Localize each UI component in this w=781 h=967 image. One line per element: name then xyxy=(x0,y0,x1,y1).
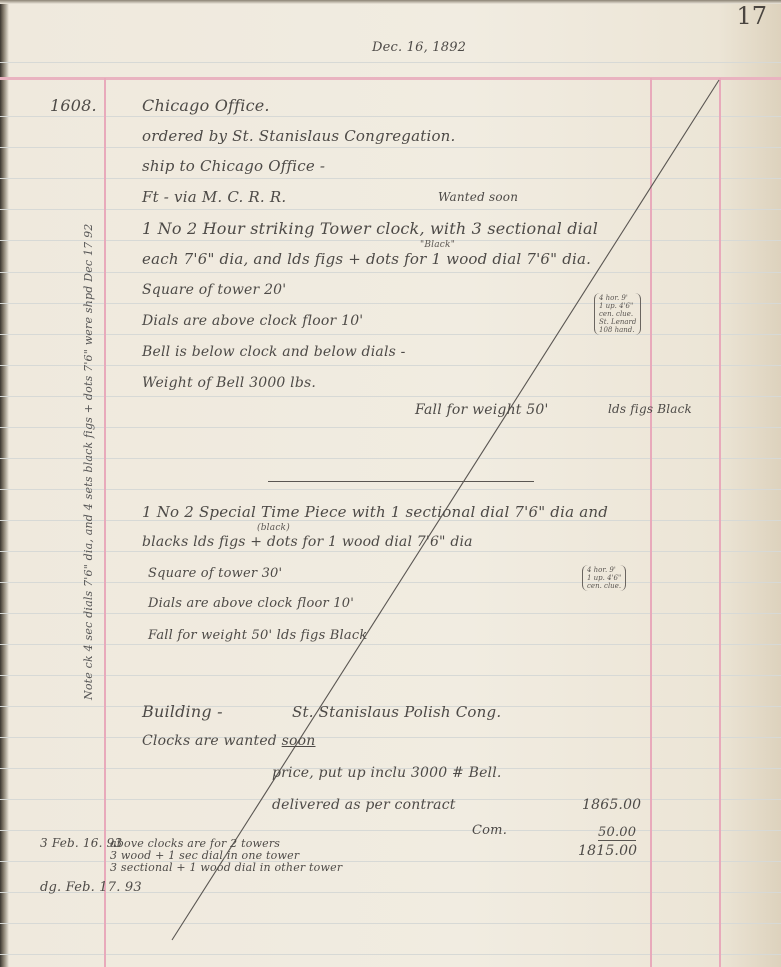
entry-line-3: ship to Chicago Office - xyxy=(142,157,325,175)
item2-line-2: blacks lds figs + dots for 1 wood dial 7… xyxy=(142,534,473,550)
delivered-line: delivered as per contract xyxy=(272,797,456,813)
bracket-note-2: 4 hor. 9' 1 up. 4'6" cen. clue. xyxy=(582,565,626,591)
clocks-wanted-line: Clocks are wanted soon xyxy=(142,733,316,749)
item2-black-superscript: (black) xyxy=(257,523,290,534)
entry-line-6: each 7'6" dia, and lds figs + dots for 1… xyxy=(142,250,591,268)
price-line: price, put up inclu 3000 # Bell. xyxy=(272,765,502,781)
building-name: St. Stanislaus Polish Cong. xyxy=(292,703,501,721)
wanted-soon-note: Wanted soon xyxy=(438,190,518,204)
ledger-page: 17 Dec. 16, 1892 1608. Chicago Office. o… xyxy=(0,0,781,967)
entry-line-5: 1 No 2 Hour striking Tower clock, with 3… xyxy=(142,219,598,238)
item2-line-1: 1 No 2 Special Time Piece with 1 section… xyxy=(142,503,608,521)
entry-line-2: ordered by St. Stanislaus Congregation. xyxy=(142,127,456,145)
commission-amount: 50.00 xyxy=(598,825,636,841)
entry-line-1: Chicago Office. xyxy=(142,96,270,115)
building-label: Building - xyxy=(142,702,223,721)
footnote-note: above clocks are for 2 towers 3 wood + 1… xyxy=(110,838,342,874)
entry-line-8: Dials are above clock floor 10' xyxy=(142,313,363,329)
entry-line-7: Square of tower 20' xyxy=(142,282,286,298)
margin-vertical-note: Note ck 4 sec dials 7'6" dia, and 4 sets… xyxy=(82,224,95,700)
item2-line-4: Dials are above clock floor 10' xyxy=(148,596,354,611)
item2-line-3: Square of tower 30' xyxy=(148,566,282,581)
footnote-date-2: dg. Feb. 17. 93 xyxy=(40,880,142,895)
entry-line-11: Fall for weight 50' xyxy=(415,402,549,418)
entry-line-12: lds figs Black xyxy=(608,402,692,416)
delivered-amount: 1865.00 xyxy=(582,797,641,813)
bracket-note-1: 4 hor. 9' 1 up. 4'6" cen. clue. St. Lena… xyxy=(594,293,641,335)
commission-label: Com. xyxy=(472,823,507,838)
page-number: 17 xyxy=(736,2,767,30)
cancellation-stroke xyxy=(0,0,781,967)
entry-line-4: Ft - via M. C. R. R. xyxy=(142,188,286,206)
total-amount: 1815.00 xyxy=(578,843,637,859)
entry-line-10: Weight of Bell 3000 lbs. xyxy=(142,375,316,391)
item2-line-5: Fall for weight 50' lds figs Black xyxy=(148,628,367,643)
entry-number: 1608. xyxy=(50,96,97,115)
date-header: Dec. 16, 1892 xyxy=(372,40,466,55)
entry-line-9: Bell is below clock and below dials - xyxy=(142,344,406,360)
section-separator xyxy=(268,481,534,482)
